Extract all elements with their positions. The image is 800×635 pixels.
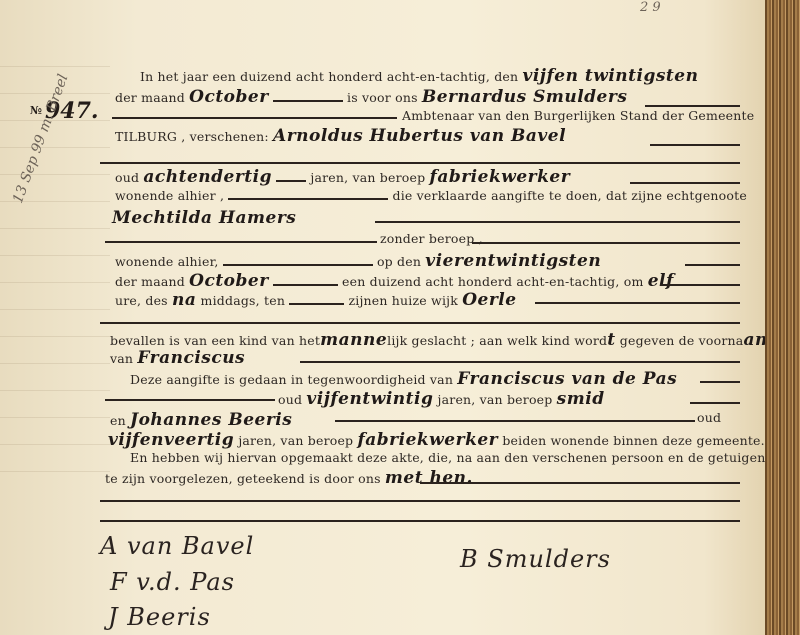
- line-14: oud vijfentwintig jaren, van beroep smid: [278, 389, 605, 415]
- handwritten-mother-name: Mechtilda Hamers: [112, 208, 296, 228]
- document-page: 2 9 №947. 13 Sep 99 m. Breel In het jaar…: [0, 0, 765, 635]
- printed-text: der maand: [115, 274, 185, 289]
- printed-text: en: [110, 413, 126, 428]
- handwritten-sex: manne: [320, 330, 387, 350]
- blank-rule: [100, 162, 740, 164]
- blank-rule: [660, 284, 740, 286]
- handwritten-witness-2-name: Johannes Beeris: [130, 410, 292, 430]
- blank-rule: [650, 144, 740, 146]
- printed-text: die verklaarde aangifte te doen, dat zij…: [393, 188, 747, 203]
- handwritten-father-name: Arnoldus Hubertus van Bavel: [273, 126, 566, 146]
- handwritten-birth-day: vierentwintigsten: [425, 251, 601, 271]
- printed-text: zonder beroep ,: [380, 231, 483, 246]
- signature-father: A van Bavel: [100, 532, 254, 560]
- blank-rule: [685, 264, 740, 266]
- blank-rule: [112, 117, 397, 119]
- handwritten-child-name: Franciscus: [137, 348, 245, 368]
- printed-text: middags, ten: [201, 293, 286, 308]
- handwritten-date: vijfen twintigsten: [522, 66, 698, 86]
- blank-rule: [630, 182, 740, 184]
- blank-rule: [472, 242, 740, 244]
- blank-rule: [535, 302, 740, 304]
- blank-rule: [335, 420, 695, 422]
- signature-witness-1: F v.d. Pas: [110, 568, 235, 596]
- handwritten-witness-1-age: vijfentwintig: [306, 389, 433, 409]
- printed-text: jaren, van beroep: [310, 170, 425, 185]
- printed-text: is voor ons: [347, 90, 418, 105]
- line-6: Mechtilda Hamers: [112, 208, 296, 234]
- blank-rule: [300, 361, 740, 363]
- blank-rule: [690, 402, 740, 404]
- printed-text: gegeven de voorna: [620, 333, 744, 348]
- printed-text: op den: [377, 254, 421, 269]
- printed-text: Ambtenaar van den Burgerlijken Stand der…: [402, 108, 754, 123]
- handwritten-letter: t: [607, 330, 615, 350]
- line-10: ure, des na middags, ten zijnen huize wi…: [115, 290, 517, 316]
- printed-text: oud: [278, 392, 302, 407]
- corner-note: 2 9: [640, 0, 661, 15]
- blank-rule: [100, 500, 740, 502]
- printed-text: jaren, van beroep: [238, 433, 353, 448]
- printed-text: van: [110, 351, 133, 366]
- handwritten-district: Oerle: [462, 290, 516, 310]
- handwritten-signed-with: met hen.: [385, 468, 473, 488]
- blank-rule: [105, 241, 377, 243]
- handwritten-birth-month: October: [189, 271, 269, 291]
- signature-witness-2: J Beeris: [108, 603, 211, 631]
- blank-rule: [105, 399, 275, 401]
- printed-text: In het jaar een duizend acht honderd ach…: [140, 69, 518, 84]
- handwritten-witness-2-age: vijfenveertig: [108, 430, 234, 450]
- printed-text: jaren, van beroep: [438, 392, 553, 407]
- handwritten-witness-2-occupation: fabriekwerker: [357, 430, 498, 450]
- handwritten-occupation: fabriekwerker: [430, 167, 571, 187]
- blank-rule: [700, 381, 740, 383]
- handwritten-witness-1-occupation: smid: [557, 389, 605, 409]
- printed-text: zijnen huize wijk: [348, 293, 458, 308]
- blank-rule: [100, 520, 740, 522]
- printed-text: lijk geslacht ; aan welk kind word: [387, 333, 607, 348]
- printed-text: En hebben wij hiervan opgemaakt deze akt…: [130, 450, 765, 465]
- blank-rule: [100, 322, 740, 324]
- printed-text: bevallen is van een kind van het: [110, 333, 320, 348]
- printed-text: een duizend acht honderd acht-en-tachtig…: [342, 274, 643, 289]
- handwritten-birth-hour: elf: [648, 271, 674, 291]
- handwritten-registrar: Bernardus Smulders: [422, 87, 628, 107]
- printed-text: der maand: [115, 90, 185, 105]
- book-page-edges: [765, 0, 800, 635]
- printed-text: te zijn voorgelezen, geteekend is door o…: [105, 471, 381, 486]
- printed-text: wonende alhier,: [115, 254, 219, 269]
- printed-text: Deze aangifte is gedaan in tegenwoordigh…: [130, 372, 453, 387]
- handwritten-witness-1-name: Franciscus van de Pas: [457, 369, 677, 389]
- handwritten-month: October: [189, 87, 269, 107]
- line-3: TILBURG , verschenen: Arnoldus Hubertus …: [115, 126, 566, 152]
- blank-rule: [420, 482, 740, 484]
- handwritten-time-of-day: na: [172, 290, 196, 310]
- printed-text: oud: [115, 170, 139, 185]
- blank-rule: [375, 221, 740, 223]
- printed-text: wonende alhier ,: [115, 188, 224, 203]
- printed-text: TILBURG , verschenen:: [115, 129, 269, 144]
- printed-text: ure, des: [115, 293, 168, 308]
- printed-text: beiden wonende binnen deze gemeente.: [502, 433, 765, 448]
- line-18: te zijn voorgelezen, geteekend is door o…: [105, 468, 473, 494]
- handwritten-age: achtendertig: [143, 167, 272, 187]
- blank-rule: [645, 105, 740, 107]
- signature-registrar: B Smulders: [460, 545, 611, 573]
- printed-text: oud: [697, 410, 721, 425]
